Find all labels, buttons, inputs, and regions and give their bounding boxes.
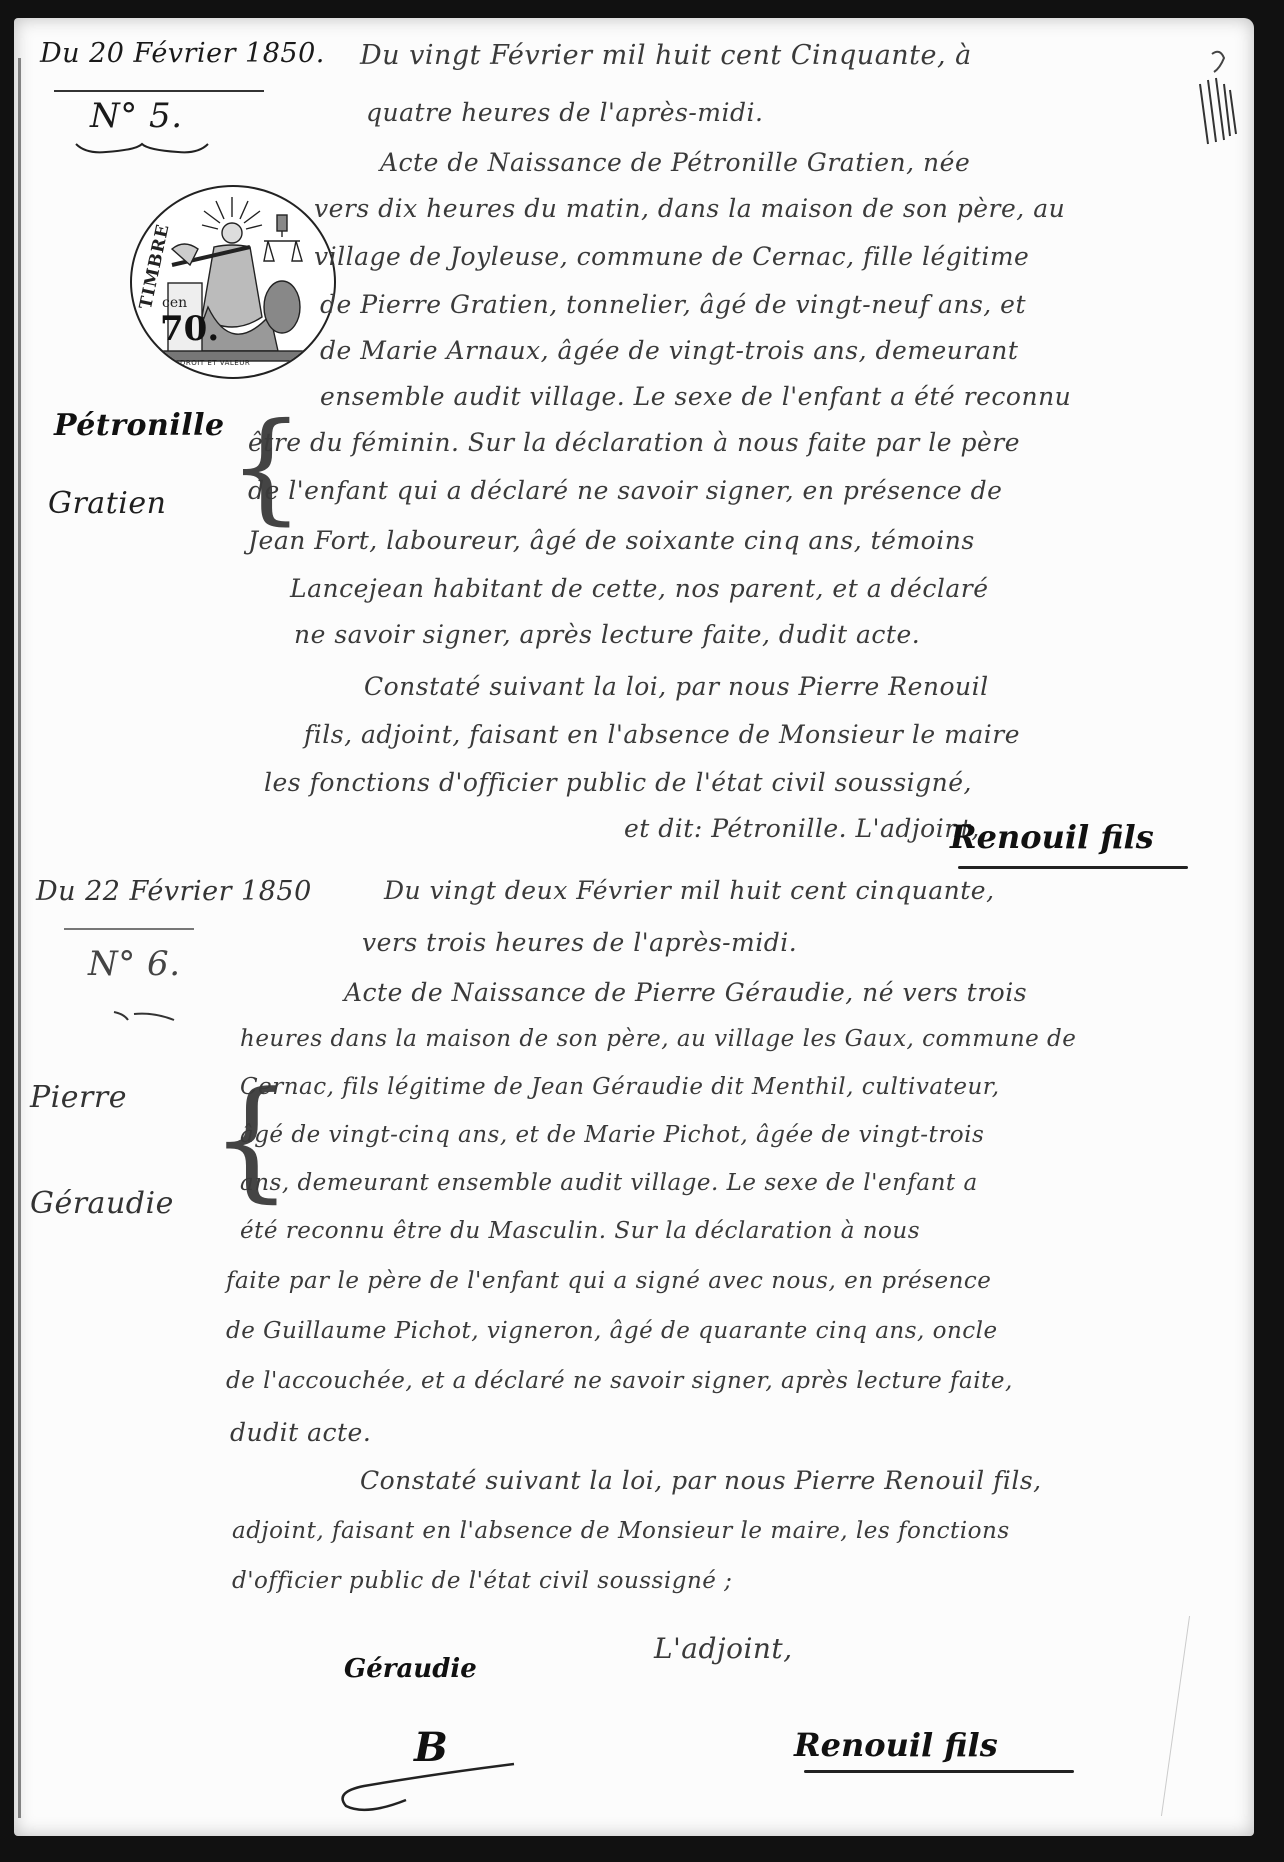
body-line: faite par le père de l'enfant qui a sign… [226,1268,991,1294]
body-line: les fonctions d'officier public de l'éta… [264,768,972,797]
body-line: Cernac, fils légitime de Jean Géraudie d… [240,1074,1000,1100]
flourish-icon [72,138,212,158]
signature-declarant: Géraudie [344,1654,477,1684]
divider [64,928,194,930]
body-line: quatre heures de l'après-midi. [366,98,763,127]
body-line: vers trois heures de l'après-midi. [362,928,797,957]
body-line: d'officier public de l'état civil soussi… [232,1568,732,1594]
folio-mark-icon [1190,44,1250,154]
record-number: N° 6. [88,944,181,984]
margin-name-last: Géraudie [30,1186,174,1221]
closing-adjoint: L'adjoint, [654,1632,793,1665]
body-line: Acte de Naissance de Pétronille Gratien,… [380,148,970,177]
body-line: Du vingt deux Février mil huit cent cinq… [384,876,995,905]
stamp-value: 70. [160,309,219,349]
signature-underline [958,866,1188,869]
signature-adjoint: Renouil fils [794,1726,998,1764]
body-line: heures dans la maison de son père, au vi… [240,1026,1076,1052]
body-line: village de Joyleuse, commune de Cernac, … [314,242,1029,271]
record-number: N° 5. [90,96,183,136]
body-line: adjoint, faisant en l'absence de Monsieu… [232,1518,1010,1544]
body-line: Constaté suivant la loi, par nous Pierre… [360,1466,1042,1495]
body-line: fils, adjoint, faisant en l'absence de M… [304,720,1020,749]
body-line: et dit: Pétronille. L'adjoint, [624,814,980,843]
body-line: de Guillaume Pichot, vigneron, âgé de qu… [226,1318,998,1344]
body-line: de l'accouchée, et a déclaré ne savoir s… [226,1368,1013,1394]
body-line: Lancejean habitant de cette, nos parent,… [290,574,989,603]
body-line: été reconnu être du Masculin. Sur la déc… [240,1218,920,1244]
signature-flourish-icon [314,1754,534,1814]
body-line: de Pierre Gratien, tonnelier, âgé de vin… [320,290,1026,319]
signature-adjoint: Renouil fils [950,818,1154,856]
body-line: Constaté suivant la loi, par nous Pierre… [364,672,989,701]
register-page: Du 20 Février 1850. N° 5. [14,18,1254,1836]
body-line: ne savoir signer, après lecture faite, d… [294,620,920,649]
margin-name-first: Pierre [30,1080,127,1115]
page-corner-fold [1161,1616,1260,1816]
body-line: Jean Fort, laboureur, âgé de soixante ci… [248,526,975,555]
body-line: être du féminin. Sur la déclaration à no… [248,428,1020,457]
stamp-motto: DROIT ET VALEUR [180,359,250,367]
body-line: âgé de vingt-cinq ans, et de Marie Picho… [240,1122,984,1148]
margin-name-first: Pétronille [54,408,225,443]
flourish-icon [112,1008,182,1022]
body-line: de Marie Arnaux, âgée de vingt-trois ans… [320,336,1018,365]
body-line: dudit acte. [230,1418,371,1447]
body-line: de l'enfant qui a déclaré ne savoir sign… [248,476,1002,505]
divider [54,90,264,92]
margin-date: Du 20 Février 1850. [40,38,325,69]
signature-underline [804,1770,1074,1773]
body-line: Du vingt Février mil huit cent Cinquante… [360,40,972,71]
body-line: Acte de Naissance de Pierre Géraudie, né… [344,978,1027,1007]
body-line: ensemble audit village. Le sexe de l'enf… [320,382,1071,411]
body-line: ans, demeurant ensemble audit village. L… [240,1170,978,1196]
body-line: vers dix heures du matin, dans la maison… [314,194,1065,223]
binding-edge [18,58,21,1818]
margin-name-last: Gratien [48,486,166,521]
margin-date: Du 22 Février 1850 [36,876,312,907]
brace-icon: { [228,408,304,528]
tax-stamp: TIMBRE cen 70. DROIT ET VALEUR [130,185,336,379]
